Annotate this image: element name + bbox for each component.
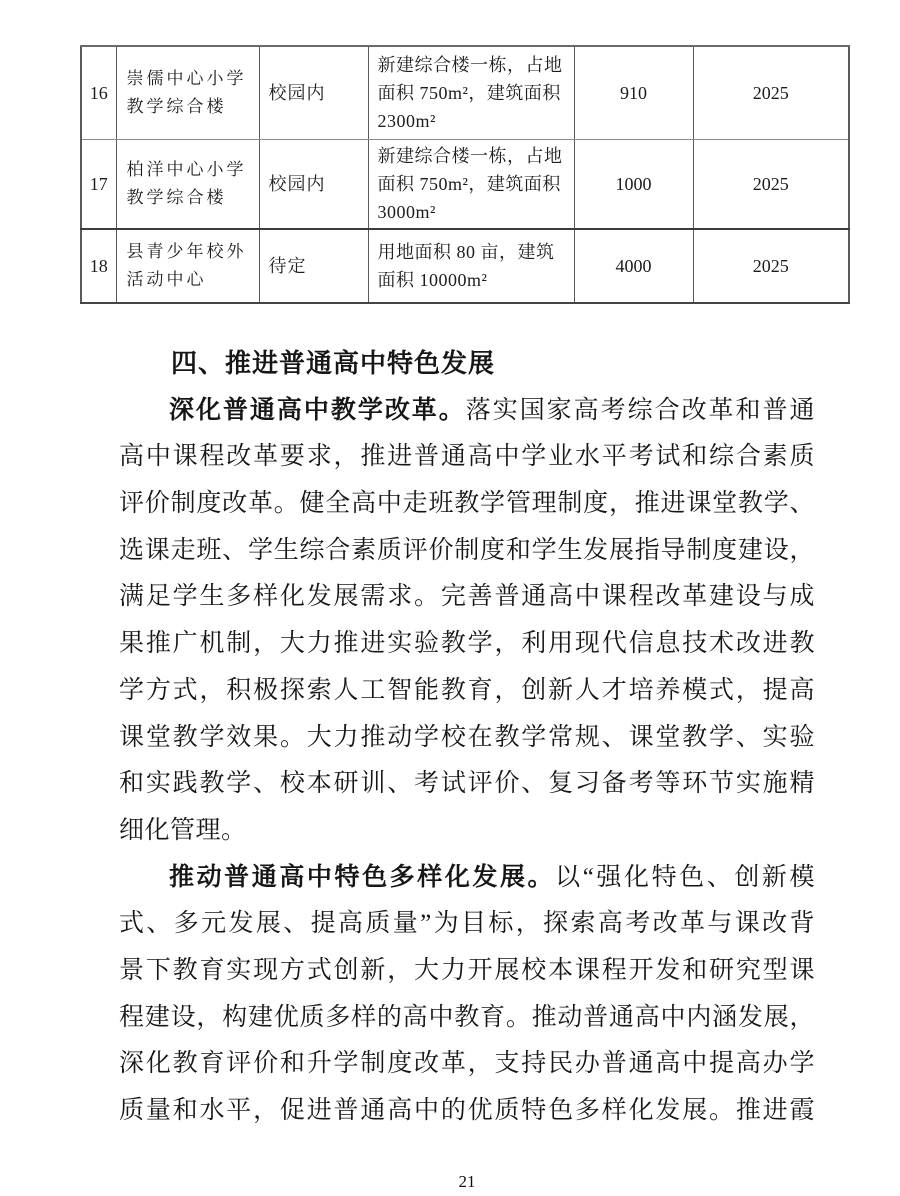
cell-year: 2025 <box>693 46 849 139</box>
cell-row-number: 18 <box>81 229 116 303</box>
section-heading: 四、推进普通高中特色发展 <box>119 341 815 388</box>
body-line: 选课走班、学生综合素质评价制度和学生发展指导制度建设， <box>119 528 815 575</box>
body-line-text: 式、多元发展、提高质量”为目标，探索高考改革与课改背 <box>119 910 815 937</box>
body-line-text: 选课走班、学生综合素质评价制度和学生发展指导制度建设， <box>119 537 815 564</box>
body-line-text: 深化教育评价和升学制度改革，支持民办普通高中提高办学 <box>119 1050 815 1077</box>
body-line: 果推广机制，大力推进实验教学，利用现代信息技术改进教 <box>119 621 815 668</box>
cell-amount: 1000 <box>574 139 693 229</box>
body-line: 景下教育实现方式创新，大力开展校本课程开发和研究型课 <box>119 948 815 995</box>
body-line-text: 以“强化特色、创新模 <box>555 864 815 891</box>
body-line: 满足学生多样化发展需求。完善普通高中课程改革建设与成 <box>119 574 815 621</box>
body-line: 推动普通高中特色多样化发展。以“强化特色、创新模 <box>119 855 815 902</box>
body-line: 深化教育评价和升学制度改革，支持民办普通高中提高办学 <box>119 1041 815 1088</box>
paragraph-lead: 深化普通高中教学改革。 <box>169 397 466 424</box>
cell-location: 校园内 <box>259 46 368 139</box>
body-line: 深化普通高中教学改革。落实国家高考综合改革和普通 <box>119 388 815 435</box>
cell-row-number: 17 <box>81 139 116 229</box>
body-line-text: 高中课程改革要求，推进普通高中学业水平考试和综合素质 <box>119 443 815 470</box>
cell-year: 2025 <box>693 139 849 229</box>
table-row: 18 县青少年校外 活动中心 待定 用地面积 80 亩，建筑 面积 10000m… <box>81 229 849 303</box>
body-line-text: 评价制度改革。健全高中走班教学管理制度，推进课堂教学、 <box>119 490 815 517</box>
body-line: 质量和水平，促进普通高中的优质特色多样化发展。推进霞 <box>119 1088 815 1135</box>
cell-location: 待定 <box>259 229 368 303</box>
projects-table: 16 崇儒中心小学 教学综合楼 校园内 新建综合楼一栋，占地 面积 750m²，… <box>80 45 850 304</box>
body-line: 式、多元发展、提高质量”为目标，探索高考改革与课改背 <box>119 901 815 948</box>
cell-description: 用地面积 80 亩，建筑 面积 10000m² <box>368 229 574 303</box>
cell-description: 新建综合楼一栋，占地 面积 750m²，建筑面积 3000m² <box>368 139 574 229</box>
body-line-text: 程建设，构建优质多样的高中教育。推动普通高中内涵发展， <box>119 1004 815 1031</box>
body-line-text: 景下教育实现方式创新，大力开展校本课程开发和研究型课 <box>119 957 815 984</box>
body-line-text: 细化管理。 <box>119 817 247 844</box>
body-line-text: 质量和水平，促进普通高中的优质特色多样化发展。推进霞 <box>119 1097 815 1124</box>
body-line-text: 果推广机制，大力推进实验教学，利用现代信息技术改进教 <box>119 630 815 657</box>
paragraph-lead: 推动普通高中特色多样化发展。 <box>169 864 555 891</box>
body-line: 和实践教学、校本研训、考试评价、复习备考等环节实施精 <box>119 761 815 808</box>
page-number: 21 <box>119 1172 815 1192</box>
body-line-text: 满足学生多样化发展需求。完善普通高中课程改革建设与成 <box>119 583 815 610</box>
body-line: 学方式，积极探索人工智能教育，创新人才培养模式，提高 <box>119 668 815 715</box>
table-row: 16 崇儒中心小学 教学综合楼 校园内 新建综合楼一栋，占地 面积 750m²，… <box>81 46 849 139</box>
body-line: 程建设，构建优质多样的高中教育。推动普通高中内涵发展， <box>119 995 815 1042</box>
body-line-text: 和实践教学、校本研训、考试评价、复习备考等环节实施精 <box>119 770 815 797</box>
body-line-text: 课堂教学效果。大力推动学校在教学常规、课堂教学、实验 <box>119 724 815 751</box>
cell-description: 新建综合楼一栋，占地 面积 750m²，建筑面积 2300m² <box>368 46 574 139</box>
cell-location: 校园内 <box>259 139 368 229</box>
body-line: 课堂教学效果。大力推动学校在教学常规、课堂教学、实验 <box>119 715 815 762</box>
cell-project-name: 县青少年校外 活动中心 <box>116 229 259 303</box>
body-line-text: 落实国家高考综合改革和普通 <box>466 397 815 424</box>
table-row: 17 柏洋中心小学 教学综合楼 校园内 新建综合楼一栋，占地 面积 750m²，… <box>81 139 849 229</box>
body-line: 评价制度改革。健全高中走班教学管理制度，推进课堂教学、 <box>119 481 815 528</box>
cell-amount: 4000 <box>574 229 693 303</box>
cell-year: 2025 <box>693 229 849 303</box>
body-line: 细化管理。 <box>119 808 815 855</box>
body-line: 高中课程改革要求，推进普通高中学业水平考试和综合素质 <box>119 434 815 481</box>
cell-amount: 910 <box>574 46 693 139</box>
cell-project-name: 柏洋中心小学 教学综合楼 <box>116 139 259 229</box>
cell-project-name: 崇儒中心小学 教学综合楼 <box>116 46 259 139</box>
body-text: 四、推进普通高中特色发展 深化普通高中教学改革。落实国家高考综合改革和普通 高中… <box>119 341 815 1135</box>
body-line-text: 学方式，积极探索人工智能教育，创新人才培养模式，提高 <box>119 677 815 704</box>
cell-row-number: 16 <box>81 46 116 139</box>
